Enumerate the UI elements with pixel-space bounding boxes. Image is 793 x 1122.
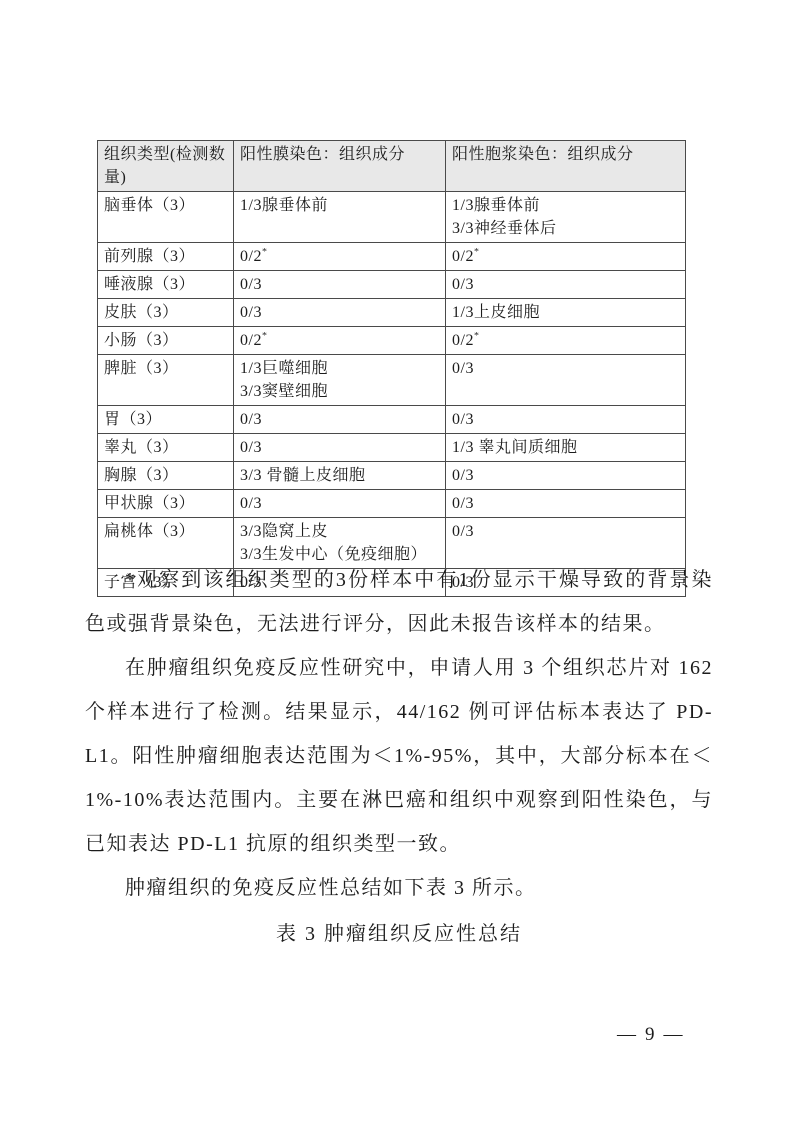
membrane-cell: 0/3 <box>234 299 446 327</box>
page-number-dash-right: — <box>655 1024 692 1045</box>
page-number: —9— <box>608 1024 692 1046</box>
tissue-cell: 脑垂体（3） <box>98 192 234 243</box>
membrane-cell: 0/2* <box>234 243 446 271</box>
tissue-cell: 小肠（3） <box>98 327 234 355</box>
cytoplasm-cell: 1/3腺垂体前3/3神经垂体后 <box>446 192 686 243</box>
membrane-cell: 0/3 <box>234 406 446 434</box>
tissue-cell: 皮肤（3） <box>98 299 234 327</box>
tissue-cell: 甲状腺（3） <box>98 490 234 518</box>
paragraph-tumor-study: 在肿瘤组织免疫反应性研究中，申请人用 3 个组织芯片对 162 个样本进行了检测… <box>85 646 713 866</box>
tissue-cell: 唾液腺（3） <box>98 271 234 299</box>
page-number-value: 9 <box>645 1024 655 1045</box>
membrane-cell: 1/3巨噬细胞3/3窦壁细胞 <box>234 355 446 406</box>
table-row: 睾丸（3）0/31/3 睾丸间质细胞 <box>98 434 686 462</box>
tissue-cell: 脾脏（3） <box>98 355 234 406</box>
cytoplasm-cell: 0/3 <box>446 355 686 406</box>
cytoplasm-cell: 0/2* <box>446 327 686 355</box>
body-text-block: *观察到该组织类型的3份样本中有1份显示干燥导致的背景染色或强背景染色，无法进行… <box>85 558 713 956</box>
table-row: 皮肤（3）0/31/3上皮细胞 <box>98 299 686 327</box>
table-row: 脑垂体（3）1/3腺垂体前1/3腺垂体前3/3神经垂体后 <box>98 192 686 243</box>
table-row: 胸腺（3）3/3 骨髓上皮细胞0/3 <box>98 462 686 490</box>
tissue-reactivity-table: 组织类型(检测数量) 阳性膜染色：组织成分 阳性胞浆染色：组织成分 脑垂体（3）… <box>97 140 686 597</box>
cytoplasm-cell: 0/3 <box>446 490 686 518</box>
table-row: 甲状腺（3）0/30/3 <box>98 490 686 518</box>
cytoplasm-cell: 1/3上皮细胞 <box>446 299 686 327</box>
tissue-cell: 前列腺（3） <box>98 243 234 271</box>
cytoplasm-cell: 0/3 <box>446 271 686 299</box>
tissue-cell: 睾丸（3） <box>98 434 234 462</box>
cytoplasm-cell: 1/3 睾丸间质细胞 <box>446 434 686 462</box>
membrane-cell: 0/2* <box>234 327 446 355</box>
membrane-cell: 3/3 骨髓上皮细胞 <box>234 462 446 490</box>
membrane-cell: 0/3 <box>234 490 446 518</box>
membrane-cell: 0/3 <box>234 434 446 462</box>
page-number-dash-left: — <box>608 1024 645 1045</box>
cytoplasm-cell: 0/3 <box>446 462 686 490</box>
table-row: 胃（3）0/30/3 <box>98 406 686 434</box>
cytoplasm-cell: 0/3 <box>446 406 686 434</box>
membrane-cell: 1/3腺垂体前 <box>234 192 446 243</box>
cytoplasm-cell: 0/2* <box>446 243 686 271</box>
paragraph-summary-intro: 肿瘤组织的免疫反应性总结如下表 3 所示。 <box>85 866 713 910</box>
tissue-table-body: 脑垂体（3）1/3腺垂体前1/3腺垂体前3/3神经垂体后前列腺（3）0/2*0/… <box>98 192 686 597</box>
table-row: 唾液腺（3）0/30/3 <box>98 271 686 299</box>
table3-caption: 表 3 肿瘤组织反应性总结 <box>85 912 713 956</box>
table-row: 脾脏（3）1/3巨噬细胞3/3窦壁细胞0/3 <box>98 355 686 406</box>
table-header-row: 组织类型(检测数量) 阳性膜染色：组织成分 阳性胞浆染色：组织成分 <box>98 141 686 192</box>
membrane-cell: 0/3 <box>234 271 446 299</box>
footnote-paragraph: *观察到该组织类型的3份样本中有1份显示干燥导致的背景染色或强背景染色，无法进行… <box>85 558 713 646</box>
table-row: 前列腺（3）0/2*0/2* <box>98 243 686 271</box>
header-membrane-staining: 阳性膜染色：组织成分 <box>234 141 446 192</box>
tissue-cell: 胃（3） <box>98 406 234 434</box>
document-page: 组织类型(检测数量) 阳性膜染色：组织成分 阳性胞浆染色：组织成分 脑垂体（3）… <box>0 0 793 1122</box>
table-row: 小肠（3）0/2*0/2* <box>98 327 686 355</box>
header-cytoplasm-staining: 阳性胞浆染色：组织成分 <box>446 141 686 192</box>
header-tissue-type: 组织类型(检测数量) <box>98 141 234 192</box>
tissue-cell: 胸腺（3） <box>98 462 234 490</box>
